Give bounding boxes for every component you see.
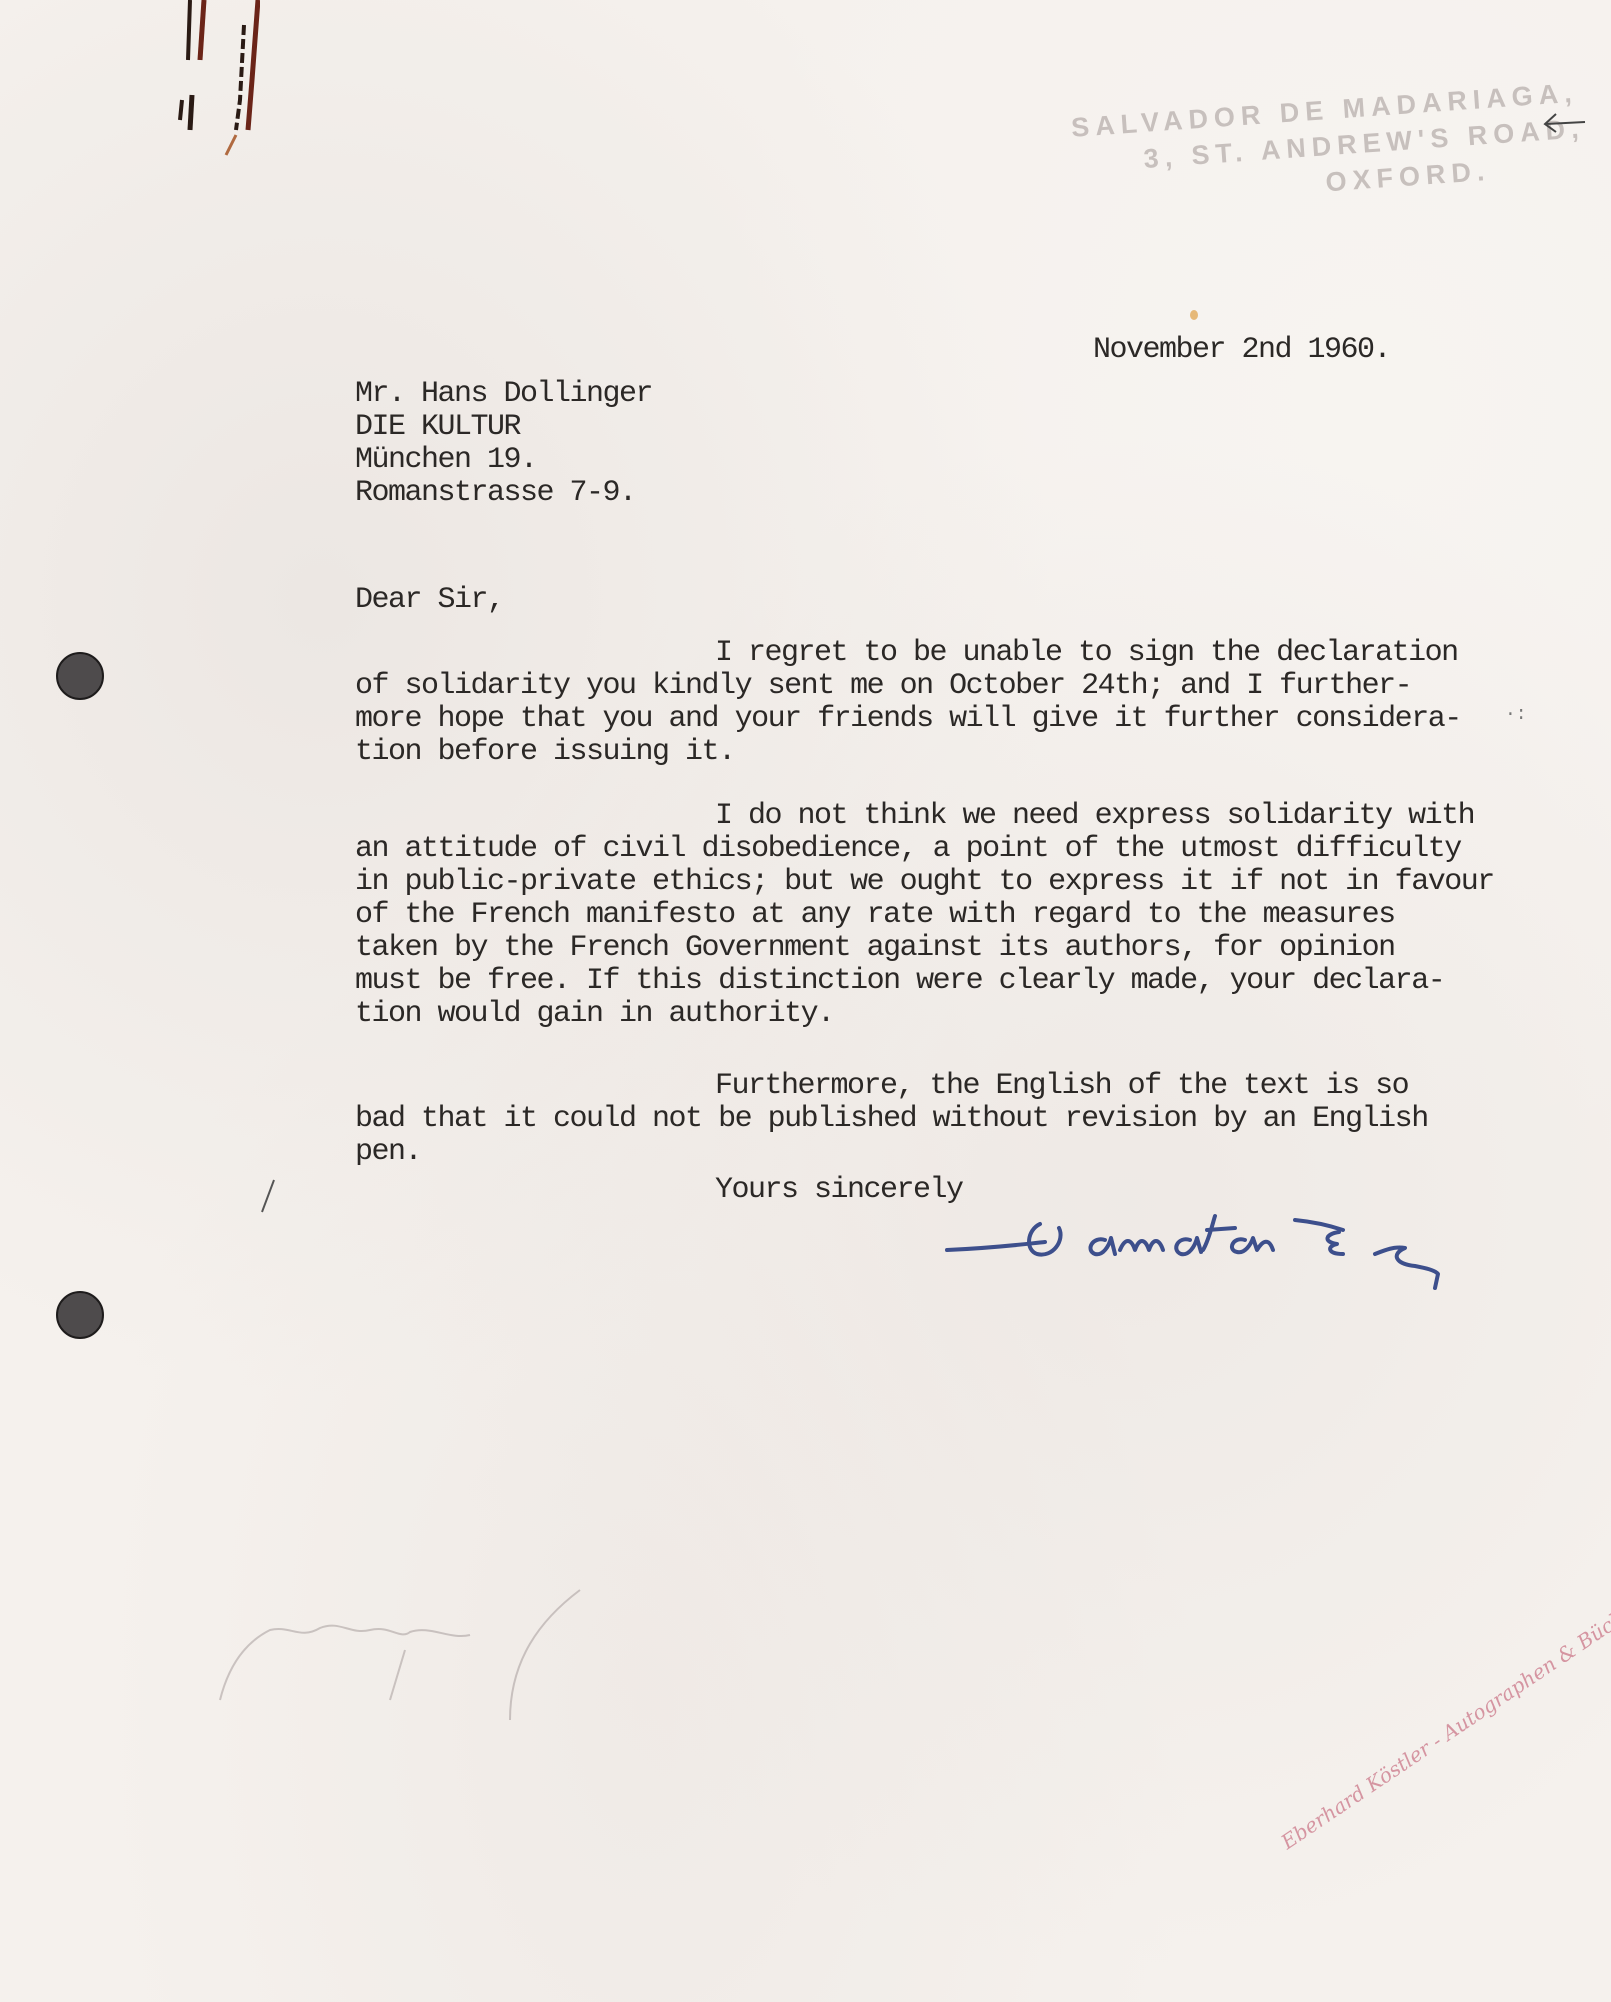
paragraph-line: I do not think we need express solidarit…: [715, 799, 1474, 833]
paragraph-line: must be free. If this distinction were c…: [355, 965, 1494, 998]
paragraph-line: in public-private ethics; but we ought t…: [355, 866, 1494, 899]
left-arrow-icon: [1540, 108, 1590, 138]
ink-marks-icon: [160, 0, 260, 160]
paragraph-line: Furthermore, the English of the text is …: [715, 1069, 1408, 1103]
signature-icon: [935, 1210, 1535, 1300]
paragraph-line: an attitude of civil disobedience, a poi…: [355, 833, 1494, 866]
recipient-street: Romanstrasse 7-9.: [355, 477, 652, 510]
punch-hole: [56, 652, 104, 700]
recipient-name: Mr. Hans Dollinger: [355, 378, 652, 411]
paragraph-line: of solidarity you kindly sent me on Octo…: [355, 670, 1461, 703]
paragraph-3: Furthermore, the English of the text is …: [355, 1070, 1428, 1169]
paragraph-line: more hope that you and your friends will…: [355, 703, 1461, 736]
letter-page: SALVADOR DE MADARIAGA, 3, ST. ANDREW'S R…: [0, 0, 1611, 2002]
paragraph-line: pen.: [355, 1136, 1428, 1169]
paragraph-line: bad that it could not be published witho…: [355, 1103, 1428, 1136]
paragraph-line: taken by the French Government against i…: [355, 932, 1494, 965]
paragraph-line: tion would gain in authority.: [355, 998, 1494, 1031]
pencil-scribble-mark: [210, 1580, 610, 1740]
dealer-watermark: Eberhard Köstler - Autographen & Bücher: [1277, 1594, 1611, 1854]
pencil-slash-mark: [258, 1176, 278, 1216]
embossed-letterhead: SALVADOR DE MADARIAGA, 3, ST. ANDREW'S R…: [1070, 81, 1497, 218]
salutation: Dear Sir,: [355, 584, 504, 617]
punch-hole: [56, 1291, 104, 1339]
paragraph-1: I regret to be unable to sign the declar…: [355, 637, 1461, 769]
recipient-city: München 19.: [355, 444, 652, 477]
recipient-organization: DIE KULTUR: [355, 411, 652, 444]
paragraph-line: tion before issuing it.: [355, 736, 1461, 769]
stain-spot: [1190, 310, 1198, 320]
letter-date: November 2nd 1960.: [1093, 334, 1390, 367]
paragraph-line: I regret to be unable to sign the declar…: [715, 636, 1458, 670]
closing: Yours sincerely: [715, 1174, 963, 1207]
paragraph-2: I do not think we need express solidarit…: [355, 800, 1494, 1031]
paragraph-line: of the French manifesto at any rate with…: [355, 899, 1494, 932]
stray-mark: ·:: [1505, 705, 1527, 725]
recipient-address: Mr. Hans DollingerDIE KULTURMünchen 19.R…: [355, 378, 652, 510]
